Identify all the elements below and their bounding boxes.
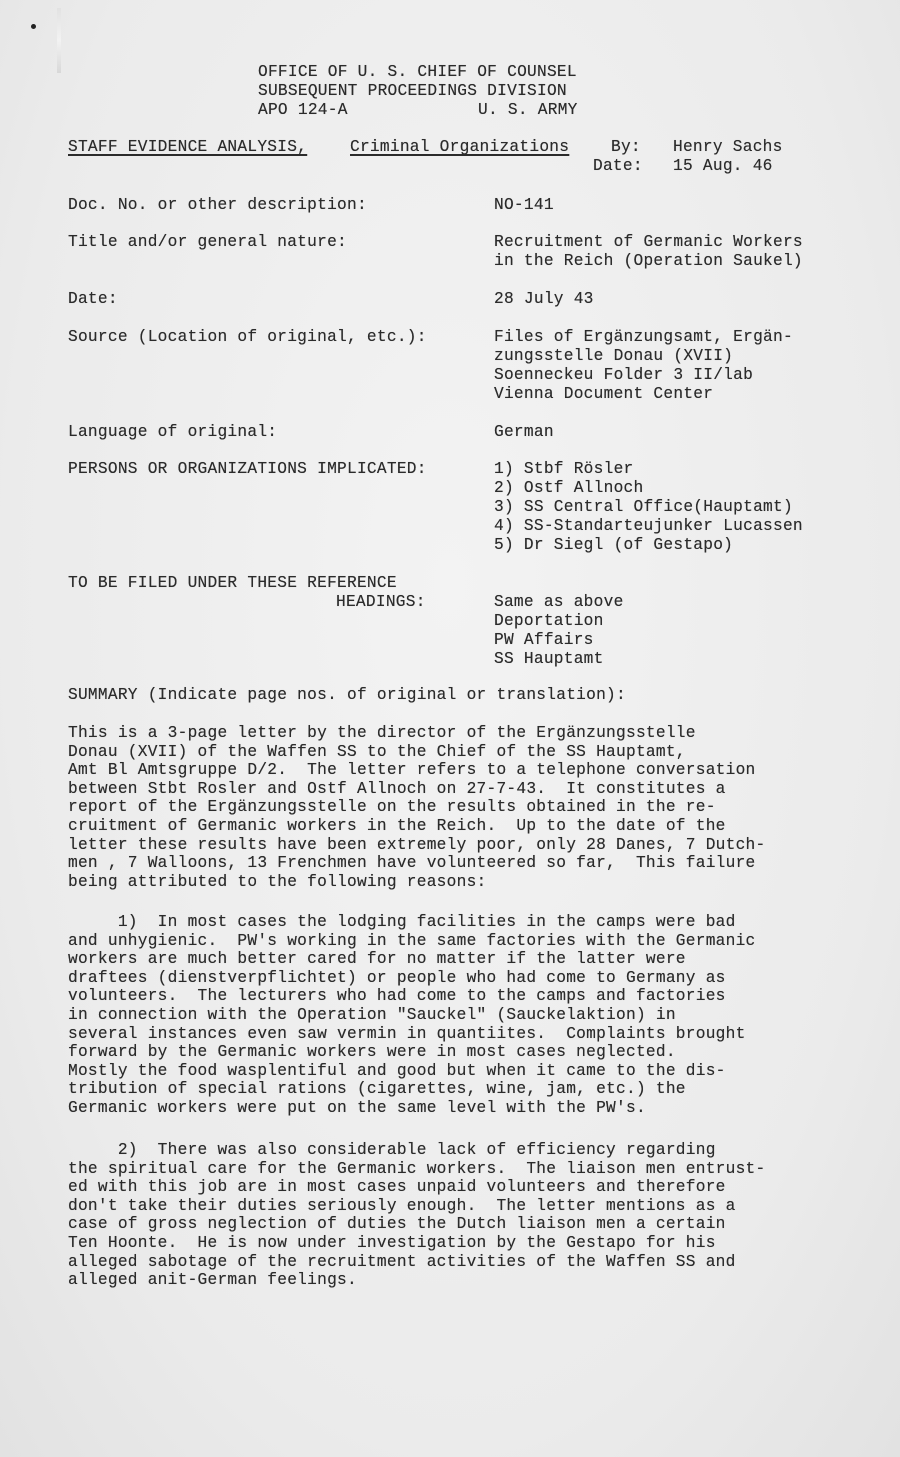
person-item: 5) Dr Siegl (of Gestapo)	[494, 536, 733, 555]
title-label: Title and/or general nature:	[68, 233, 347, 252]
ink-spot	[31, 24, 36, 29]
reference-item: SS Hauptamt	[494, 650, 604, 669]
persons-label: PERSONS OR ORGANIZATIONS IMPLICATED:	[68, 460, 427, 479]
source-label: Source (Location of original, etc.):	[68, 328, 427, 347]
summary-line: report of the Ergänzungsstelle on the re…	[68, 798, 766, 817]
summary-line: Mostly the food wasplentiful and good bu…	[68, 1062, 756, 1081]
summary-line: This is a 3-page letter by the director …	[68, 724, 766, 743]
summary-line: alleged sabotage of the recruitment acti…	[68, 1253, 766, 1272]
summary-line: draftees (dienstverpflichtet) or people …	[68, 969, 756, 988]
summary-line: ed with this job are in most cases unpai…	[68, 1178, 766, 1197]
by-label: By:	[611, 138, 641, 157]
header-office: OFFICE OF U. S. CHIEF OF COUNSEL	[258, 63, 577, 82]
summary-line: letter these results have been extremely…	[68, 836, 766, 855]
summary-line: cruitment of Germanic workers in the Rei…	[68, 817, 766, 836]
doc-no-value: NO-141	[494, 196, 554, 215]
summary-line: 2) There was also considerable lack of e…	[68, 1141, 766, 1160]
reference-item: Same as above	[494, 593, 624, 612]
summary-line: don't take their duties seriously enough…	[68, 1197, 766, 1216]
reference-item: Deportation	[494, 612, 604, 631]
header-apo: APO 124-A	[258, 101, 348, 120]
summary-line: and unhygienic. PW's working in the same…	[68, 932, 756, 951]
summary-line: workers are much better cared for no mat…	[68, 950, 756, 969]
summary-paragraph-3: 2) There was also considerable lack of e…	[68, 1141, 766, 1290]
summary-line: in connection with the Operation "Saucke…	[68, 1006, 756, 1025]
summary-line: being attributed to the following reason…	[68, 873, 766, 892]
language-label: Language of original:	[68, 423, 277, 442]
person-item: 4) SS-Standarteujunker Lucassen	[494, 517, 803, 536]
summary-line: men , 7 Walloons, 13 Frenchmen have volu…	[68, 854, 766, 873]
summary-line: tribution of special rations (cigarettes…	[68, 1080, 756, 1099]
summary-line: 1) In most cases the lodging facilities …	[68, 913, 756, 932]
analysis-title: STAFF EVIDENCE ANALYSIS,	[68, 138, 307, 157]
summary-line: several instances even saw vermin in qua…	[68, 1025, 756, 1044]
person-item: 1) Stbf Rösler	[494, 460, 634, 479]
person-item: 2) Ostf Allnoch	[494, 479, 643, 498]
summary-line: between Stbt Rosler and Ostf Allnoch on …	[68, 780, 766, 799]
analysis-subject: Criminal Organizations	[350, 138, 569, 157]
summary-line: alleged anit-German feelings.	[68, 1271, 766, 1290]
summary-line: Amt Bl Amtsgruppe D/2. The letter refers…	[68, 761, 766, 780]
summary-line: Germanic workers were put on the same le…	[68, 1099, 756, 1118]
summary-line: case of gross neglection of duties the D…	[68, 1215, 766, 1234]
language-value: German	[494, 423, 554, 442]
date-field-value: 28 July 43	[494, 290, 594, 309]
title-value-1: Recruitment of Germanic Workers	[494, 233, 803, 252]
reference-label-2: HEADINGS:	[336, 593, 426, 612]
summary-line: the spiritual care for the Germanic work…	[68, 1160, 766, 1179]
summary-paragraph-2: 1) In most cases the lodging facilities …	[68, 913, 756, 1118]
analysis-date: 15 Aug. 46	[673, 157, 773, 176]
summary-paragraph-1: This is a 3-page letter by the director …	[68, 724, 766, 891]
source-value-1: Files of Ergänzungsamt, Ergän-	[494, 328, 793, 347]
title-value-2: in the Reich (Operation Saukel)	[494, 252, 803, 271]
summary-line: Ten Hoonte. He is now under investigatio…	[68, 1234, 766, 1253]
paper-scratch	[57, 8, 61, 73]
date-label: Date:	[593, 157, 643, 176]
summary-line: volunteers. The lecturers who had come t…	[68, 987, 756, 1006]
summary-heading: SUMMARY (Indicate page nos. of original …	[68, 686, 626, 705]
summary-line: forward by the Germanic workers were in …	[68, 1043, 756, 1062]
summary-line: Donau (XVII) of the Waffen SS to the Chi…	[68, 743, 766, 762]
analyst-name: Henry Sachs	[673, 138, 783, 157]
header-division: SUBSEQUENT PROCEEDINGS DIVISION	[258, 82, 567, 101]
source-value-2: zungsstelle Donau (XVII)	[494, 347, 733, 366]
reference-label-1: TO BE FILED UNDER THESE REFERENCE	[68, 574, 397, 593]
header-army: U. S. ARMY	[478, 101, 578, 120]
date-field-label: Date:	[68, 290, 118, 309]
reference-item: PW Affairs	[494, 631, 594, 650]
source-value-3: Soenneckeu Folder 3 II/lab	[494, 366, 753, 385]
person-item: 3) SS Central Office(Hauptamt)	[494, 498, 793, 517]
source-value-4: Vienna Document Center	[494, 385, 713, 404]
doc-no-label: Doc. No. or other description:	[68, 196, 367, 215]
